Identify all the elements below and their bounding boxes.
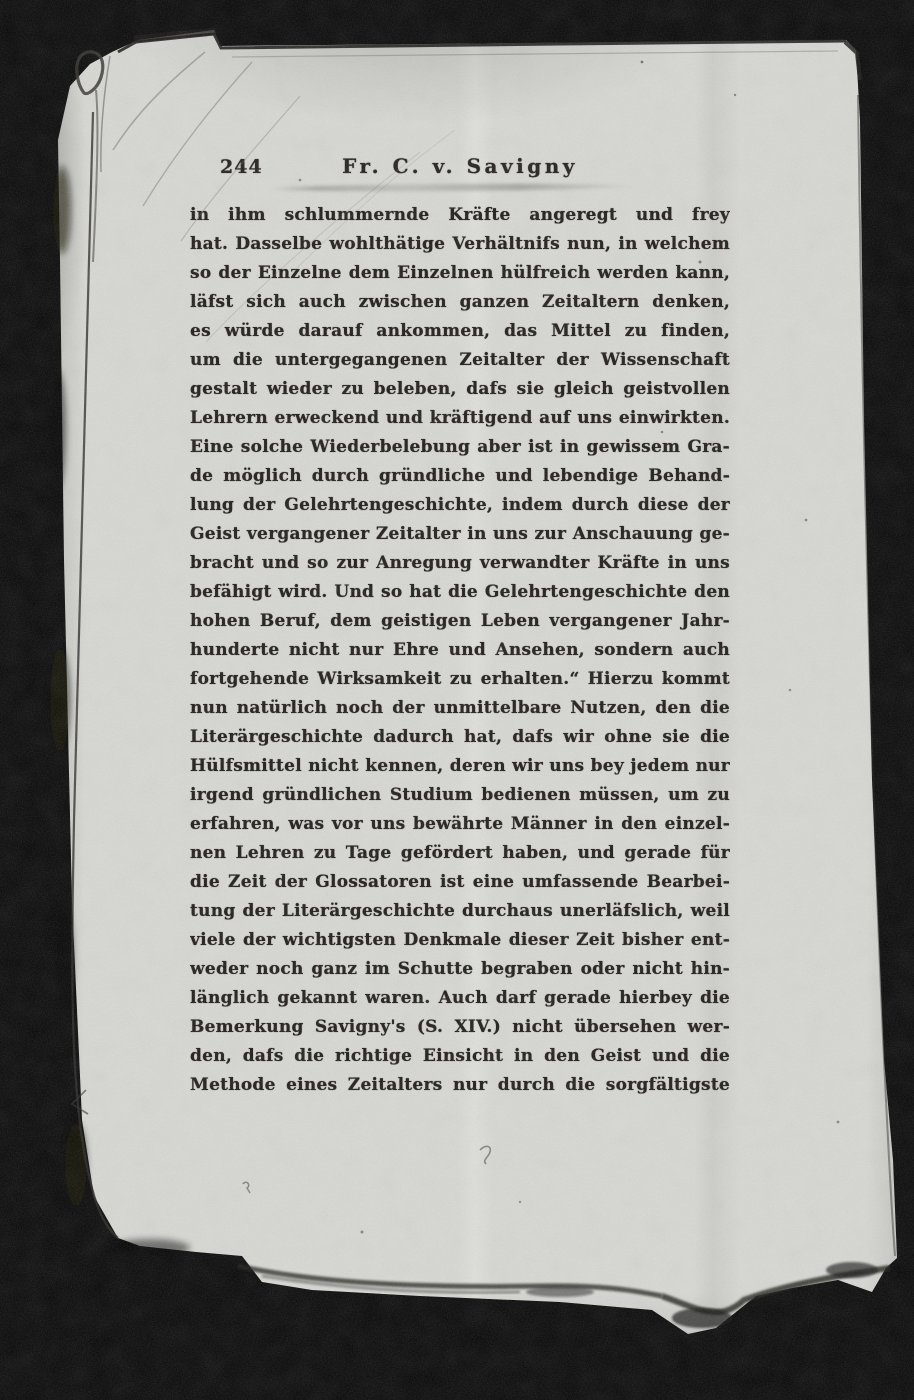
text-line: Methode eines Zeitalters nur durch die s… xyxy=(190,1071,730,1100)
text-line: gestalt wieder zu beleben, dafs sie glei… xyxy=(190,375,730,404)
text-line: Hülfsmittel nicht kennen, deren wir uns … xyxy=(190,752,730,781)
text-line: Eine solche Wiederbelebung aber ist in g… xyxy=(190,433,730,462)
text-line: Literärgeschichte dadurch hat, dafs wir … xyxy=(190,723,730,752)
text-line: läfst sich auch zwischen ganzen Zeitalte… xyxy=(190,288,730,317)
text-line: erfahren, was vor uns bewährte Männer in… xyxy=(190,810,730,839)
text-line: viele der wichtigsten Denkmale dieser Ze… xyxy=(190,926,730,955)
text-line: lung der Gelehrtengeschichte, indem durc… xyxy=(190,491,730,520)
text-line: Lehrern erweckend und kräftigend auf uns… xyxy=(190,404,730,433)
text-line: Bemerkung Savigny's (S. XIV.) nicht über… xyxy=(190,1013,730,1042)
text-line: nen Lehren zu Tage gefördert haben, und … xyxy=(190,839,730,868)
text-line: tung der Literärgeschichte durchaus uner… xyxy=(190,897,730,926)
paper-sheet: 244 Fr. C. v. Savigny in ihm schlummernd… xyxy=(0,0,914,1400)
header-underline-smudge xyxy=(266,183,638,193)
text-line: um die untergegangenen Zeitalter der Wis… xyxy=(190,346,730,375)
text-line: so der Einzelne dem Einzelnen hülfreich … xyxy=(190,259,730,288)
text-line: länglich gekannt waren. Auch darf gerade… xyxy=(190,984,730,1013)
text-line: in ihm schlummernde Kräfte angeregt und … xyxy=(190,201,730,230)
text-line: hat. Dasselbe wohlthätige Verhältnifs nu… xyxy=(190,230,730,259)
running-head: Fr. C. v. Savigny xyxy=(190,154,730,178)
body-text: in ihm schlummernde Kräfte angeregt und … xyxy=(190,201,730,1100)
text-line: hohen Beruf, dem geistigen Leben vergang… xyxy=(190,607,730,636)
text-line: Geist vergangener Zeitalter in uns zur A… xyxy=(190,520,730,549)
text-line: hunderte nicht nur Ehre und Ansehen, son… xyxy=(190,636,730,665)
text-line: weder noch ganz im Schutte begraben oder… xyxy=(190,955,730,984)
text-line: befähigt wird. Und so hat die Gelehrteng… xyxy=(190,578,730,607)
text-line: es würde darauf ankommen, das Mittel zu … xyxy=(190,317,730,346)
text-line: den, dafs die richtige Einsicht in den G… xyxy=(190,1042,730,1071)
text-line: nun natürlich noch der unmittelbare Nutz… xyxy=(190,694,730,723)
text-line: fortgehende Wirksamkeit zu erhalten.“ Hi… xyxy=(190,665,730,694)
book-scan: 244 Fr. C. v. Savigny in ihm schlummernd… xyxy=(0,0,914,1400)
text-line: de möglich durch gründliche und lebendig… xyxy=(190,462,730,491)
text-line: irgend gründlichen Studium bedienen müss… xyxy=(190,781,730,810)
text-line: die Zeit der Glossatoren ist eine umfass… xyxy=(190,868,730,897)
text-line: bracht und so zur Anregung verwandter Kr… xyxy=(190,549,730,578)
